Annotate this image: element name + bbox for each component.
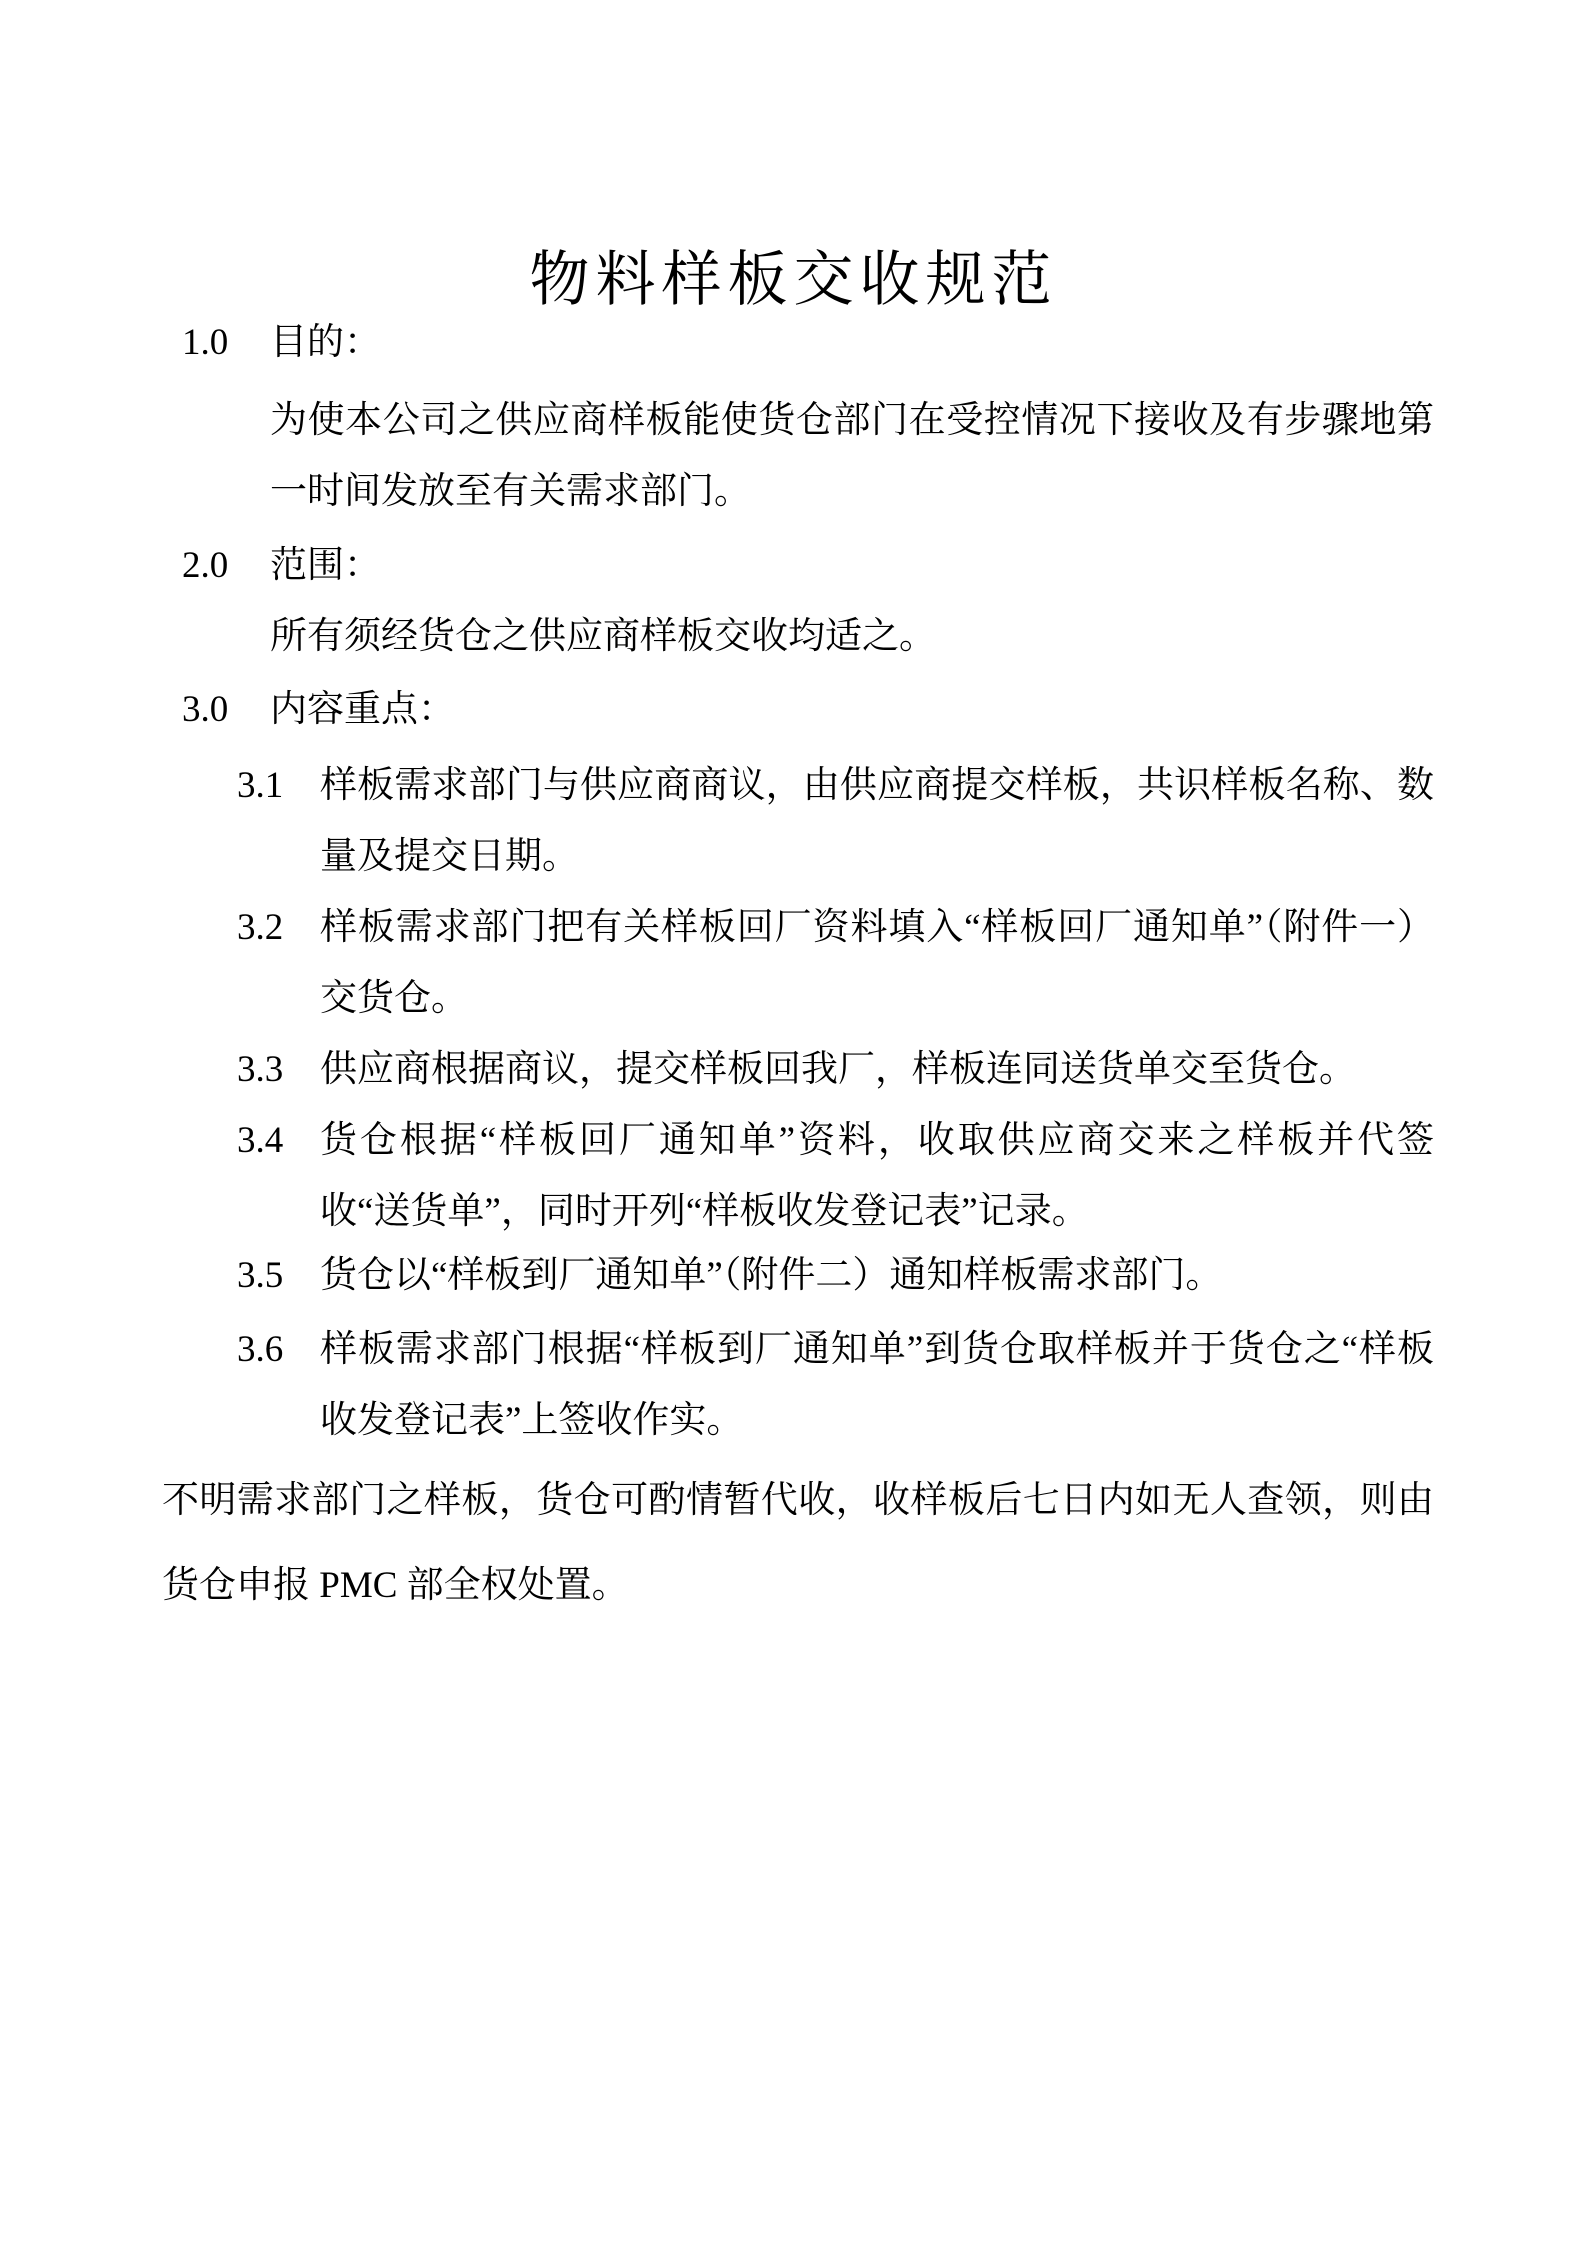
section-2-body: 所有须经货仓之供应商样板交收均适之。 xyxy=(270,601,1434,672)
list-item-3-5-text: 货仓以“样板到厂通知单”（附件二）通知样板需求部门。 xyxy=(320,1240,1434,1311)
list-item-3-6: 3.6 样板需求部门根据“样板到厂通知单”到货仓取样板并于货仓之“样板收发登记表… xyxy=(237,1314,1434,1456)
list-item-3-2-number: 3.2 xyxy=(237,892,320,1034)
section-1-header: 1.0 目的： xyxy=(182,307,381,378)
section-1-number: 1.0 xyxy=(182,307,270,378)
section-2-number: 2.0 xyxy=(182,530,270,601)
section-3-heading: 内容重点： xyxy=(270,674,455,745)
list-item-3-3-text: 供应商根据商议，提交样板回我厂，样板连同送货单交至货仓。 xyxy=(320,1034,1434,1105)
list-item-3-6-number: 3.6 xyxy=(237,1314,320,1456)
section-1-heading: 目的： xyxy=(270,307,381,378)
list-item-3-5-number: 3.5 xyxy=(237,1240,320,1311)
list-item-3-4: 3.4 货仓根据“样板回厂通知单”资料，收取供应商交来之样板并代签收“送货单”，… xyxy=(237,1105,1434,1247)
section-2-heading: 范围： xyxy=(270,530,381,601)
list-item-3-1: 3.1 样板需求部门与供应商商议，由供应商提交样板，共识样板名称、数量及提交日期… xyxy=(237,750,1434,892)
list-item-3-4-text: 货仓根据“样板回厂通知单”资料，收取供应商交来之样板并代签收“送货单”，同时开列… xyxy=(320,1105,1434,1247)
section-2-header: 2.0 范围： xyxy=(182,530,381,601)
list-item-3-3-number: 3.3 xyxy=(237,1034,320,1105)
list-item-3-2-text: 样板需求部门把有关样板回厂资料填入“样板回厂通知单”（附件一）交货仓。 xyxy=(320,892,1434,1034)
section-3-number: 3.0 xyxy=(182,674,270,745)
document-page: 物料样板交收规范 1.0 目的： 为使本公司之供应商样板能使货仓部门在受控情况下… xyxy=(0,0,1587,2245)
list-item-3-5: 3.5 货仓以“样板到厂通知单”（附件二）通知样板需求部门。 xyxy=(237,1240,1434,1311)
list-item-3-3: 3.3 供应商根据商议，提交样板回我厂，样板连同送货单交至货仓。 xyxy=(237,1034,1434,1105)
list-item-3-6-text: 样板需求部门根据“样板到厂通知单”到货仓取样板并于货仓之“样板收发登记表”上签收… xyxy=(320,1314,1434,1456)
list-item-3-4-number: 3.4 xyxy=(237,1105,320,1247)
list-item-3-2: 3.2 样板需求部门把有关样板回厂资料填入“样板回厂通知单”（附件一）交货仓。 xyxy=(237,892,1434,1034)
list-item-3-1-number: 3.1 xyxy=(237,750,320,892)
list-item-3-1-text: 样板需求部门与供应商商议，由供应商提交样板，共识样板名称、数量及提交日期。 xyxy=(320,750,1434,892)
document-title: 物料样板交收规范 xyxy=(0,232,1587,318)
section-1-body: 为使本公司之供应商样板能使货仓部门在受控情况下接收及有步骤地第一时间发放至有关需… xyxy=(270,385,1434,527)
closing-paragraph: 不明需求部门之样板，货仓可酌情暂代收，收样板后七日内如无人查领，则由货仓申报 P… xyxy=(162,1458,1434,1628)
section-3-header: 3.0 内容重点： xyxy=(182,674,455,745)
